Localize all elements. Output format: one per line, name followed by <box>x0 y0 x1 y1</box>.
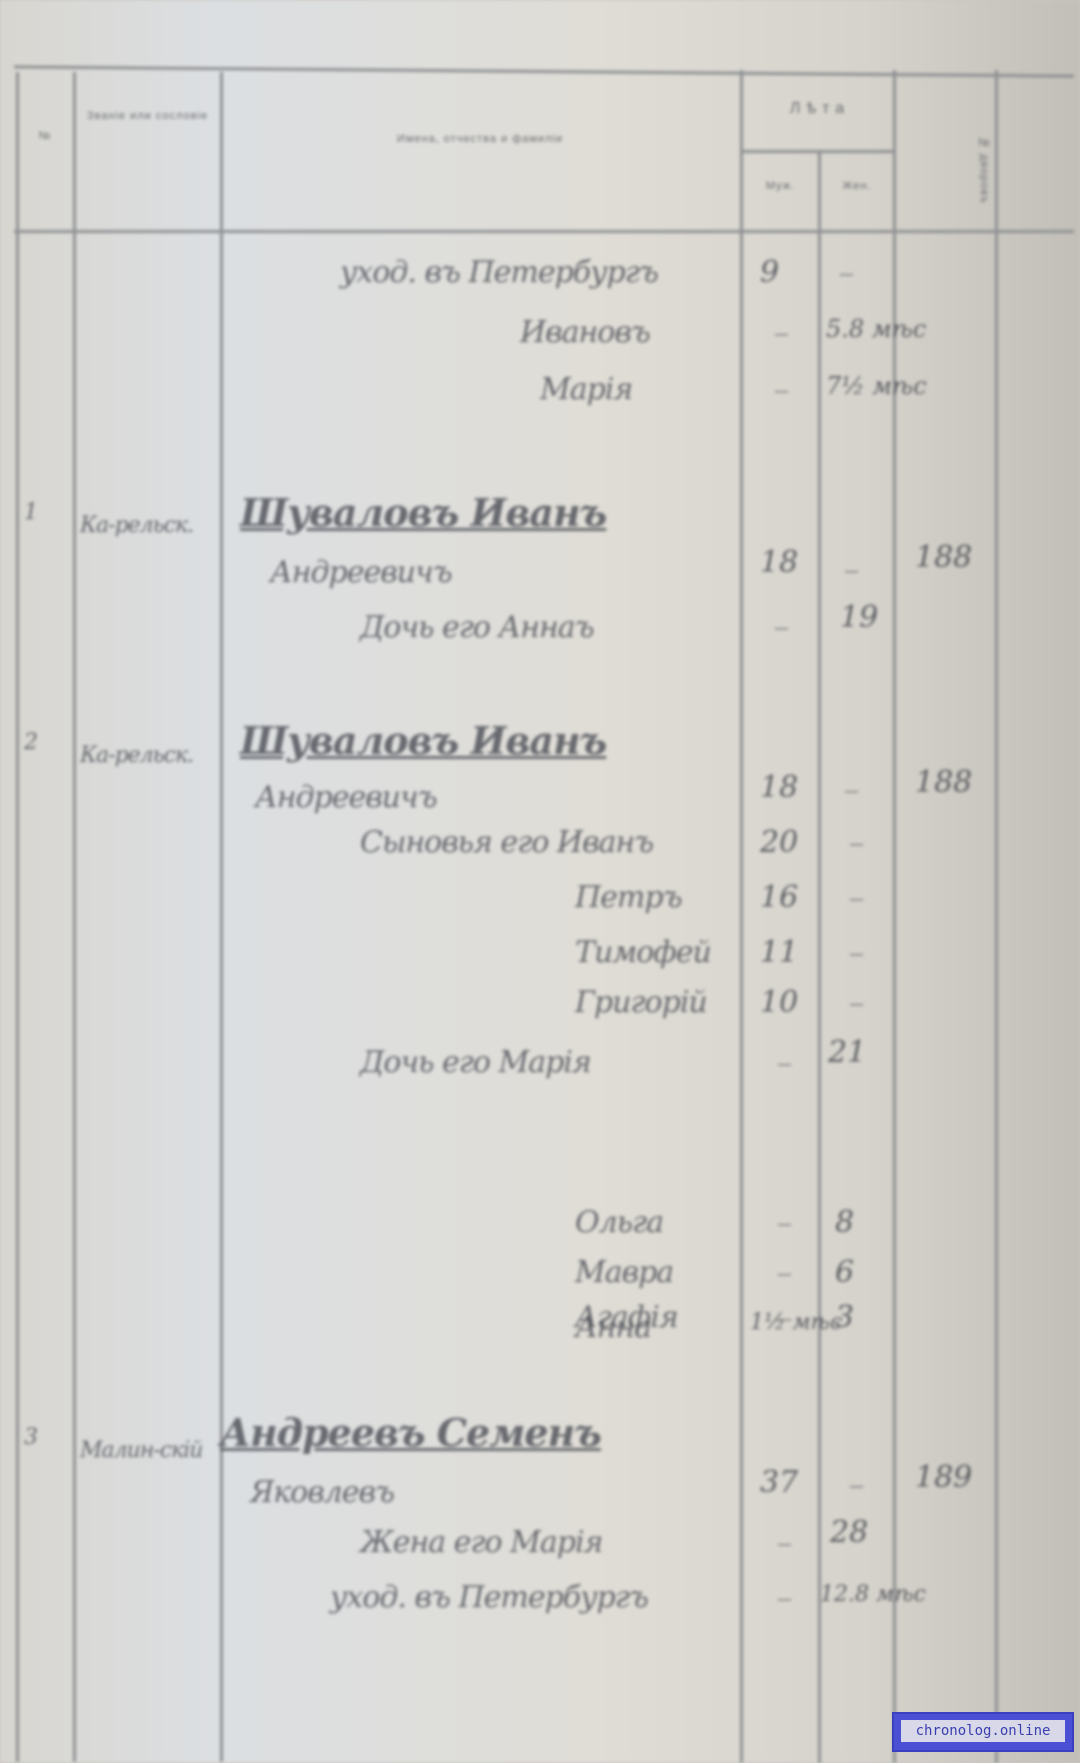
entry-number: 3 <box>24 1425 37 1450</box>
age-female: 1½ мѣс <box>750 1310 842 1335</box>
entry-line: Петръ <box>575 880 682 915</box>
entry-number: 2 <box>24 730 37 755</box>
age-female: – <box>845 775 858 805</box>
entry-line: уход. въ Петербургъ <box>340 255 658 290</box>
age-female: – <box>850 828 863 858</box>
entry-line: Григорій <box>575 985 707 1020</box>
entry-line: Анна <box>575 1310 651 1345</box>
header-status: Званіе или сословіе <box>80 110 215 122</box>
col-border-3 <box>740 70 743 1763</box>
watermark-badge: chronolog.online <box>892 1712 1074 1752</box>
header-age-male: Муж. <box>743 180 818 192</box>
entry-line: Дочь его Аннаъ <box>360 610 594 645</box>
entry-line: Андреевичъ <box>255 780 437 815</box>
age-male: 20 <box>760 825 798 860</box>
age-female: 7½ мѣс <box>826 372 927 400</box>
entry-name: Шуваловъ Иванъ <box>240 490 606 535</box>
age-male: 18 <box>760 770 798 805</box>
entry-name: Андреевъ Семенъ <box>220 1410 601 1455</box>
age-female: – <box>850 883 863 913</box>
age-male: – <box>778 1583 791 1613</box>
age-female: 8 <box>835 1205 854 1240</box>
age-female: 28 <box>830 1515 868 1550</box>
header-age: Лѣта <box>760 100 880 118</box>
age-male: – <box>775 318 788 348</box>
age-female: – <box>845 555 858 585</box>
entry-name: Шуваловъ Иванъ <box>240 718 606 763</box>
age-female: – <box>850 988 863 1018</box>
col-border-0 <box>16 72 19 1762</box>
header-number: № <box>20 130 70 142</box>
age-male: – <box>778 1208 791 1238</box>
entry-line: Сыновья его Иванъ <box>360 825 653 860</box>
age-male: – <box>778 1258 791 1288</box>
header-age-female: Жен. <box>821 180 893 192</box>
col-border-6 <box>995 70 998 1763</box>
entry-line: Мавра <box>575 1255 673 1290</box>
age-male: 11 <box>760 935 798 970</box>
age-male: 16 <box>760 880 798 915</box>
age-female: – <box>850 1470 863 1500</box>
entry-line: Ольга <box>575 1205 663 1240</box>
entry-line: Марія <box>540 372 632 407</box>
entry-status: Малин-скій <box>80 1425 210 1477</box>
header-yard: № дворовъ <box>900 130 990 210</box>
age-female: – <box>850 938 863 968</box>
age-male: – <box>775 375 788 405</box>
entry-number: 1 <box>24 500 37 525</box>
header-names: Имена, отчества и фамиліи <box>300 133 660 145</box>
entry-line: уход. въ Петербургъ <box>330 1580 648 1615</box>
age-male: 18 <box>760 545 798 580</box>
age-female: 6 <box>835 1255 854 1290</box>
watermark-text: chronolog.online <box>901 1720 1065 1742</box>
age-female: 5.8 мѣс <box>826 315 926 343</box>
yard-number: 188 <box>915 540 972 575</box>
entry-line: Дочь его Марія <box>360 1045 591 1080</box>
yard-number: 189 <box>915 1460 972 1495</box>
header-bottom-border <box>14 230 1074 233</box>
entry-line: Жена его Марія <box>360 1525 602 1560</box>
entry-line: Андреевичъ <box>270 555 452 590</box>
col-border-4 <box>818 150 821 1763</box>
col-border-2 <box>220 72 223 1762</box>
age-male: 9 <box>760 255 779 290</box>
age-male: – <box>778 1048 791 1078</box>
age-male: 10 <box>760 985 798 1020</box>
yard-number: 188 <box>915 765 972 800</box>
entry-line: Ивановъ <box>520 315 650 350</box>
age-female: 19 <box>840 600 878 635</box>
age-male: 37 <box>760 1465 798 1500</box>
age-female: 21 <box>828 1035 866 1070</box>
col-border-1 <box>73 72 76 1762</box>
ledger-page: № Званіе или сословіе Имена, отчества и … <box>0 0 1080 1763</box>
age-male: – <box>778 1528 791 1558</box>
entry-status: Ка-рельск. <box>80 500 210 552</box>
age-female: – <box>840 258 853 288</box>
table-top-border <box>14 65 1074 77</box>
entry-line: Яковлевъ <box>250 1475 394 1510</box>
age-male: – <box>775 612 788 642</box>
entry-status: Ка-рельск. <box>80 730 210 782</box>
age-female: 12.8 мѣс <box>820 1582 926 1607</box>
entry-line: Тимофей <box>575 935 711 970</box>
